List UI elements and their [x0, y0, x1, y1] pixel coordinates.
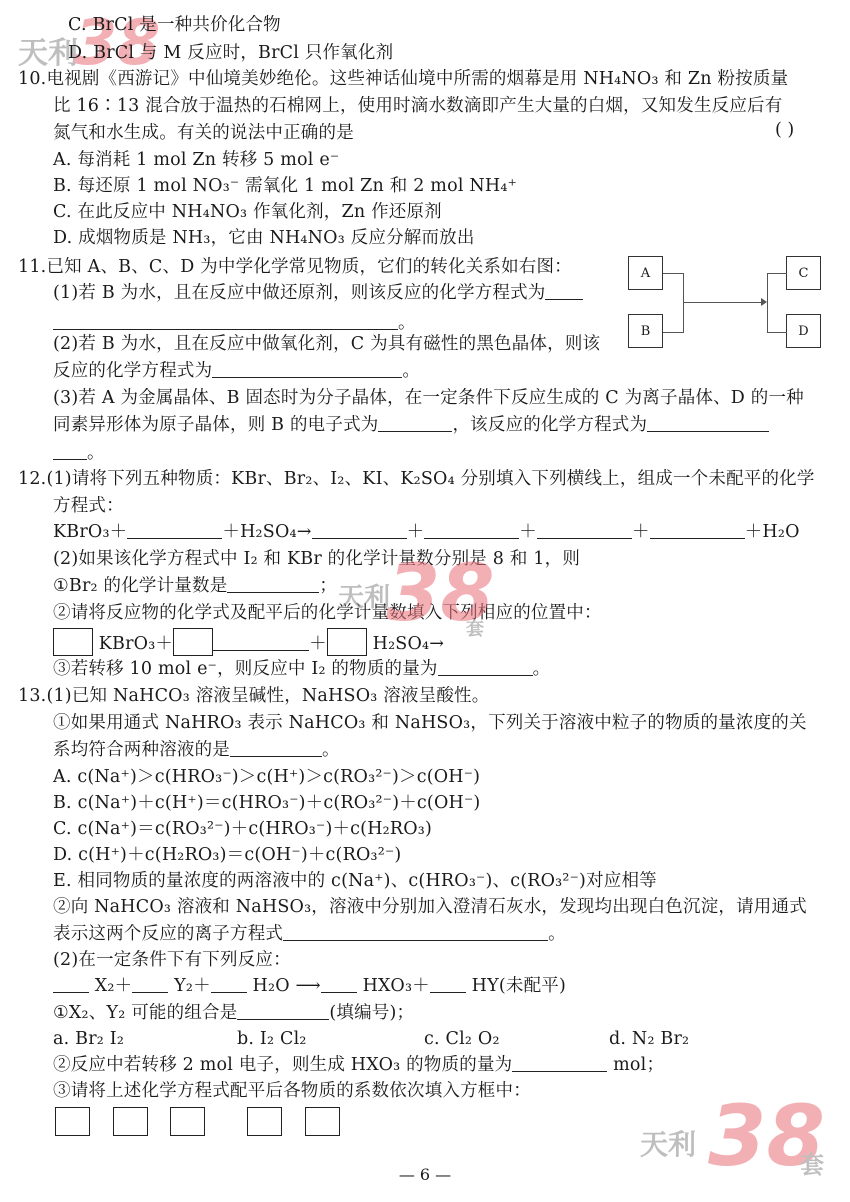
q13-sub1-line1: ①如果用通式 NaHRO₃ 表示 NaHCO₃ 和 NaHSO₃，下列关于溶液中…: [53, 710, 807, 736]
page-number: — 6 —: [0, 1165, 850, 1184]
q12-part2: (2)如果该化学方程式中 I₂ 和 KBr 的化学计量数分别是 8 和 1，则: [53, 546, 580, 572]
q11-part3-line2: 同素异形体为原子晶体，则 B 的电子式为，该反应的化学方程式为: [53, 412, 769, 438]
answer-blank[interactable]: [312, 520, 407, 539]
q13-choice-a: a. Br₂ I₂: [53, 1026, 124, 1052]
q10-option-b: B. 每还原 1 mol NO₃⁻ 需氧化 1 mol Zn 和 2 mol N…: [53, 173, 517, 199]
q13-option-e: E. 相同物质的量浓度的两溶液中的 c(Na⁺)、c(HRO₃⁻)、c(RO₃²…: [53, 868, 657, 894]
node-a: A: [628, 256, 663, 290]
answer-blank[interactable]: [53, 311, 398, 330]
q13-p2-sub2: ②反应中若转移 2 mol 电子，则生成 HXO₃ 的物质的量为 mol；: [53, 1052, 664, 1078]
q10-option-c: C. 在此反应中 NH₄NO₃ 作氧化剂，Zn 作还原剂: [53, 199, 442, 225]
coefficient-box[interactable]: [53, 628, 93, 656]
arrow-line: [683, 302, 765, 303]
connector: [683, 273, 684, 333]
answer-blank[interactable]: [512, 1053, 607, 1072]
q11-part2-line1: (2)若 B 为水，且在反应中做氧化剂，C 为具有磁性的黑色晶体，则该: [53, 331, 600, 357]
question-number: 13.: [18, 686, 46, 706]
watermark-bottom-right: 天利 38 套: [640, 1095, 840, 1202]
answer-blank[interactable]: [237, 1001, 329, 1020]
q13-option-b: B. c(Na⁺)＋c(H⁺)＝c(HRO₃⁻)＋c(RO₃²⁻)＋c(OH⁻): [53, 790, 480, 816]
answer-blank[interactable]: [283, 922, 548, 941]
coefficient-box[interactable]: [305, 1107, 340, 1136]
conversion-diagram: A B C D: [628, 256, 828, 352]
q10-stem-line1: 10.电视剧《西游记》中仙境美妙绝伦。这些神话仙境中所需的烟幕是用 NH₄NO₃…: [18, 66, 788, 92]
coefficient-box[interactable]: [173, 628, 213, 656]
answer-blank[interactable]: [424, 520, 519, 539]
q10-option-d: D. 成烟物质是 NH₃，它由 NH₄NO₃ 反应分解而放出: [53, 225, 475, 251]
q13-choice-d: d. N₂ Br₂: [609, 1026, 689, 1052]
q13-choice-c: c. Cl₂ O₂: [424, 1026, 500, 1052]
coefficient-box[interactable]: [113, 1107, 148, 1136]
q13-p2-sub1: ①X₂、Y₂ 可能的组合是(填编号)；: [53, 1000, 414, 1026]
q12-part1-line2: 方程式：: [53, 493, 124, 519]
answer-blank[interactable]: [132, 974, 168, 993]
q11-stem: 11.已知 A、B、C、D 为中学化学常见物质，它们的转化关系如右图：: [18, 254, 572, 280]
q12-sub2: ②请将反应物的化学式及配平后的化学计量数填入下列相应的位置中：: [53, 600, 602, 626]
answer-blank[interactable]: [53, 974, 89, 993]
coefficient-box[interactable]: [170, 1107, 205, 1136]
q11-part2-line2: 反应的化学方程式为。: [53, 358, 420, 384]
connector: [767, 332, 787, 333]
q10-answer-paren[interactable]: ( ): [775, 120, 794, 140]
q10-stem-line2: 比 16∶13 混合放于温热的石棉网上，使用时滴水数滴即产生大量的白烟，又知发生…: [53, 93, 782, 119]
q11-part1: (1)若 B 为水，且在反应中做还原剂，则该反应的化学方程式为: [53, 280, 583, 306]
q13-p2-sub3: ③请将上述化学方程式配平后各物质的系数依次填入方框中：: [53, 1078, 531, 1104]
answer-blank[interactable]: [545, 281, 583, 300]
answer-blank[interactable]: [430, 974, 466, 993]
answer-blank[interactable]: [537, 520, 632, 539]
q12-sub3: ③若转移 10 mol e⁻，则反应中 I₂ 的物质的量为。: [53, 656, 550, 682]
answer-blank[interactable]: [53, 441, 87, 460]
q13-sub1-line2: 系均符合两种溶液的是。: [53, 737, 340, 763]
q11-part3-cont: 。: [53, 440, 105, 466]
q11-part3-line1: (3)若 A 为金属晶体、B 固态时为分子晶体，在一定条件下反应生成的 C 为离…: [53, 385, 804, 411]
q13-choice-b: b. I₂ Cl₂: [237, 1026, 307, 1052]
connector: [767, 273, 768, 333]
q13-equation: X₂＋ Y₂＋ H₂O ⟶ HXO₃＋ HY(未配平): [53, 973, 566, 999]
q10-stem-line3: 氮气和水生成。有关的说法中正确的是: [53, 120, 354, 146]
q13-option-d: D. c(H⁺)＋c(H₂RO₃)＝c(OH⁻)＋c(RO₃²⁻): [53, 842, 401, 868]
q10-option-a: A. 每消耗 1 mol Zn 转移 5 mol e⁻: [53, 147, 339, 173]
question-number: 10.: [18, 69, 46, 89]
node-d: D: [786, 314, 821, 348]
q12-part1-line1: 12.(1)请将下列五种物质：KBr、Br₂、I₂、KI、K₂SO₄ 分别填入下…: [18, 466, 815, 492]
answer-blank[interactable]: [227, 574, 319, 593]
answer-blank[interactable]: [378, 413, 452, 432]
q13-part1: 13.(1)已知 NaHCO₃ 溶液呈碱性，NaHSO₃ 溶液呈酸性。: [18, 683, 489, 709]
answer-blank[interactable]: [212, 359, 402, 378]
q13-option-a: A. c(Na⁺)＞c(HRO₃⁻)＞c(H⁺)＞c(RO₃²⁻)＞c(OH⁻): [53, 764, 480, 790]
answer-blank[interactable]: [211, 974, 247, 993]
q12-fill-row: KBrO₃＋＋ H₂SO₄→: [53, 628, 444, 657]
connector: [767, 273, 787, 274]
q13-sub2-line2: 表示这两个反应的离子方程式。: [53, 921, 566, 947]
connector: [663, 332, 683, 333]
coefficient-box[interactable]: [247, 1107, 282, 1136]
coefficient-box[interactable]: [55, 1107, 90, 1136]
node-b: B: [628, 314, 663, 348]
answer-blank[interactable]: [230, 738, 322, 757]
q9-option-d: D. BrCl 与 M 反应时，BrCl 只作氧化剂: [68, 40, 393, 66]
question-number: 11.: [18, 257, 46, 277]
node-c: C: [786, 256, 821, 290]
answer-blank[interactable]: [438, 657, 533, 676]
q13-part2: (2)在一定条件下有下列反应：: [53, 947, 291, 973]
q13-sub2-line1: ②向 NaHCO₃ 溶液和 NaHSO₃，溶液中分别加入澄清石灰水，发现均出现白…: [53, 894, 807, 920]
connector: [663, 273, 683, 274]
answer-blank[interactable]: [650, 520, 745, 539]
answer-blank[interactable]: [647, 413, 769, 432]
q9-option-c: C. BrCl 是一种共价化合物: [68, 12, 281, 38]
q13-option-c: C. c(Na⁺)＝c(RO₃²⁻)＋c(HRO₃⁻)＋c(H₂RO₃): [53, 816, 432, 842]
q12-equation: KBrO₃＋＋H₂SO₄→＋＋＋＋H₂O: [53, 519, 800, 545]
answer-blank[interactable]: [213, 632, 309, 651]
question-number: 12.: [18, 469, 46, 489]
q12-sub1: ①Br₂ 的化学计量数是；: [53, 573, 337, 599]
answer-blank[interactable]: [321, 974, 357, 993]
coefficient-box[interactable]: [327, 628, 367, 656]
exam-page: 天利 38 C. BrCl 是一种共价化合物 D. BrCl 与 M 反应时，B…: [0, 0, 850, 1202]
answer-blank[interactable]: [127, 520, 222, 539]
